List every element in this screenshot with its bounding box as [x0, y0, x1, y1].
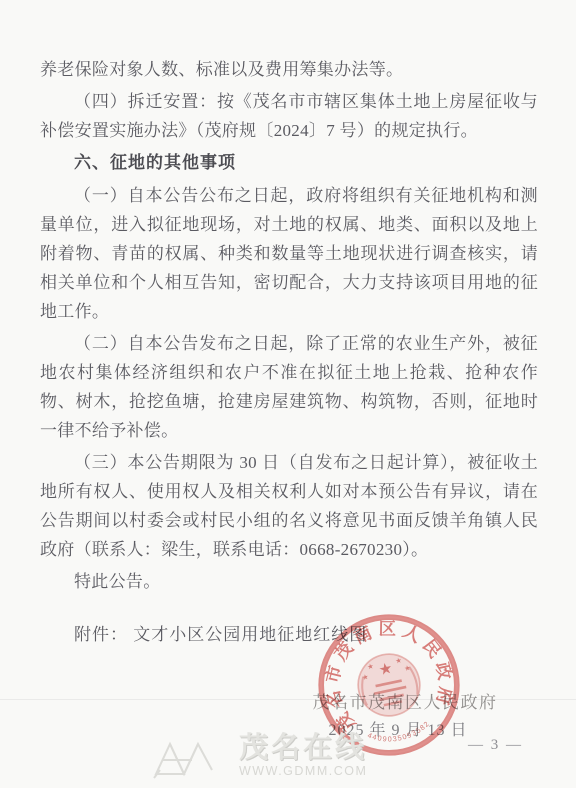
watermark-site-name: 茂名在线	[239, 733, 367, 763]
page-number: — 3 —	[468, 737, 523, 754]
document-body: 养老保险对象人数、标准以及费用筹集办法等。（四）拆迁安置：按《茂名市市辖区集体土…	[40, 55, 538, 599]
seal-national-emblem-icon: ★ ★ ★ ★ ★	[352, 648, 425, 721]
section-heading: 六、征地的其他事项	[40, 148, 538, 177]
watermark-site-url: WWW.GDMM.COM	[239, 763, 367, 779]
document-page: 养老保险对象人数、标准以及费用筹集办法等。（四）拆迁安置：按《茂名市市辖区集体土…	[0, 0, 576, 788]
document-paragraph: （二）自本公告发布之日起，除了正常的农业生产外，被征地农村集体经济组织和农户不准…	[40, 329, 538, 445]
document-paragraph: 养老保险对象人数、标准以及费用筹集办法等。	[40, 55, 538, 84]
document-paragraph: （三）本公告期限为 30 日（自发布之日起计算），被征收土地所有权人、使用权人及…	[40, 448, 538, 564]
site-watermark: 茂名在线 WWW.GDMM.COM	[152, 730, 367, 782]
document-paragraph: （四）拆迁安置：按《茂名市市辖区集体土地上房屋征收与补偿安置实施办法》（茂府规〔…	[40, 87, 538, 145]
watermark-logo-icon	[152, 730, 230, 782]
document-paragraph: 特此公告。	[40, 567, 538, 596]
document-paragraph: （一）自本公告公布之日起，政府将组织有关征地机构和测量单位，进入拟征地现场，对土…	[40, 181, 538, 326]
